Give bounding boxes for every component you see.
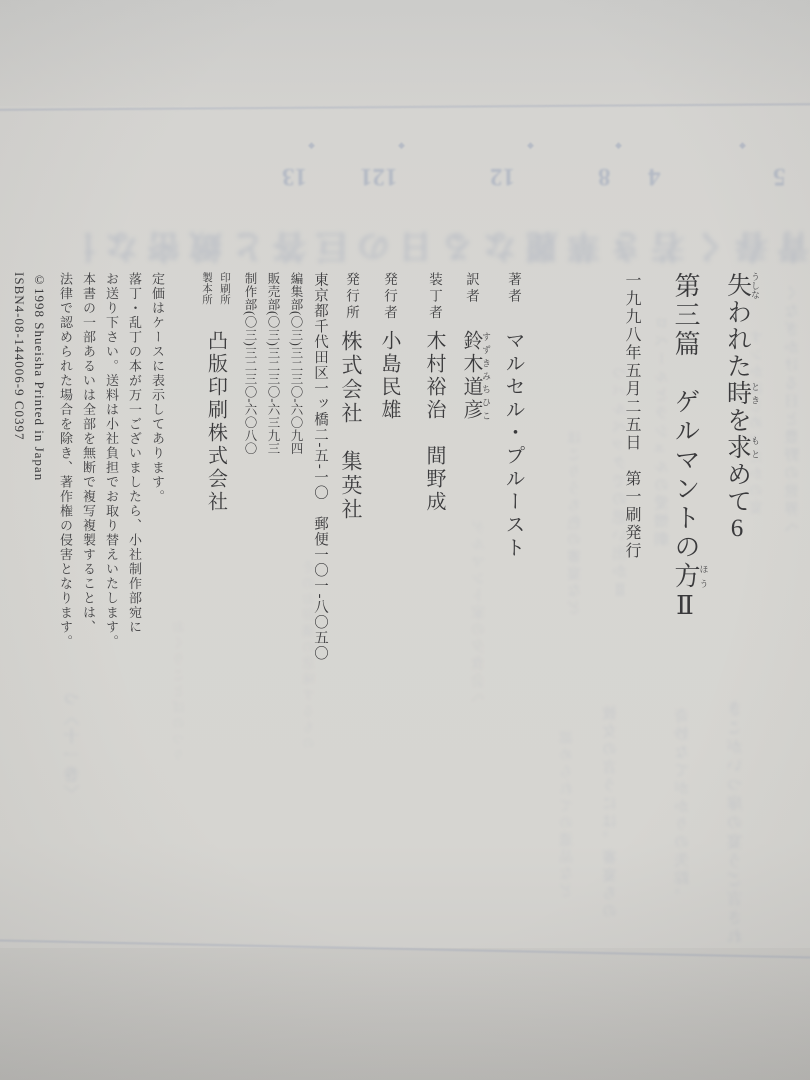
printer-label: 印刷所 <box>217 272 232 305</box>
copyright-line: ©1998 Shueisha Printed in Japan <box>31 272 47 702</box>
volume-subtitle: 第三篇 ゲルマントの方ほうⅡ <box>667 272 709 702</box>
showthrough-text-column: 認められての遺品など <box>558 730 578 900</box>
notice-copyright-1: 本書の一部あるいは全部を無断で複写複製することは、 <box>79 272 98 702</box>
credit-designer-name: 木村裕治 間野成 <box>423 330 445 514</box>
book-title: 失うしなわれた時ときを求もとめて6 <box>719 272 761 702</box>
showthrough-text-column: くなぎかける日と豊野の世界ヘ <box>782 285 803 537</box>
showthrough-page-number: 12 <box>490 162 515 190</box>
page-top-shading <box>0 0 810 106</box>
notice-copyright-2: 法律で認められた場合を除き、著作権の侵害となります。 <box>56 272 75 702</box>
credit-issuer-name: 小島民雄 <box>378 330 400 422</box>
credit-translator-role: 訳者 <box>461 272 481 330</box>
notice-price: 定価はケースに表示してあります。 <box>148 272 167 702</box>
credit-author: 著者マルセル・プルースト <box>499 272 528 702</box>
credit-translator-name: 鈴木道彦すずきみちひこ <box>460 330 482 422</box>
phone-editorial: 編集部(〇三)三二三〇-六〇九四 <box>287 272 305 702</box>
binder-label: 製本所 <box>199 272 214 305</box>
credit-author-role: 著者 <box>503 272 523 330</box>
showthrough-page-number: 4 <box>648 162 661 190</box>
notice-defective-copies-2: お送り下さい。送料は小社負担でお取り替えいたします。 <box>102 272 121 702</box>
showthrough-toc-mark: ◆ <box>615 140 622 151</box>
page-bottom-shading <box>0 948 810 1080</box>
printer-binder: 印刷所製本所凸版印刷株式会社 <box>199 272 232 702</box>
credit-publisher-name: 株式会社 集英社 <box>339 330 363 522</box>
phone-sales: 販売部(〇三)三二三〇-六三九三 <box>264 272 282 702</box>
credit-translator: 訳者鈴木道彦すずきみちひこ <box>457 272 491 702</box>
showthrough-page-number: 13 <box>282 162 307 190</box>
credit-publisher-role: 発行所 <box>341 272 361 330</box>
publisher-address: 東京都千代田区一ッ橋二-五-一〇 郵便一〇一-八〇五〇 <box>310 272 331 702</box>
showthrough-toc-mark: ◆ <box>308 140 315 151</box>
showthrough-toc-mark: ◆ <box>739 140 746 151</box>
isbn-line: ISBN4-08-144006-9 C0397 <box>11 272 27 702</box>
edition-date-line: 一九九八年五月二五日 第一刷発行 <box>620 272 643 702</box>
showthrough-text-column: つ〈十一巻〉 <box>62 690 85 804</box>
showthrough-page-number: 121 <box>360 162 398 190</box>
showthrough-page-number: 5 <box>773 162 786 190</box>
showthrough-text-column: 彼女の言うには。審宴ちの <box>600 705 621 921</box>
credit-author-name: マルセル・プルースト <box>502 330 524 560</box>
credit-issuer: 発行者小島民雄 <box>375 272 404 702</box>
showthrough-text-column: きこがいつ扉の宴うご言され <box>725 700 748 947</box>
showthrough-headline: 青春く若き華麗なる日の巨答と緻密な世界く続 <box>85 210 810 272</box>
notice-defective-copies-1: 落丁・乱丁の本が万一ございましたら、小社制作部宛に <box>125 272 144 702</box>
credit-designer: 装丁者木村裕治 間野成 <box>420 272 449 702</box>
showthrough-text-column: 奇妙なてがかりの失踪。 <box>672 708 693 906</box>
showthrough-toc-mark: ◆ <box>527 140 534 151</box>
credit-designer-role: 装丁者 <box>424 272 444 330</box>
credit-publisher: 発行所株式会社 集英社 <box>336 272 366 702</box>
credit-issuer-role: 発行者 <box>379 272 399 330</box>
colophon-block: 失うしなわれた時ときを求もとめて6 第三篇 ゲルマントの方ほうⅡ 一九九八年五月… <box>30 272 760 702</box>
printer-company-name: 凸版印刷株式会社 <box>205 330 227 514</box>
printer-binder-labels: 印刷所製本所 <box>199 272 232 330</box>
showthrough-toc-mark: ◆ <box>398 140 405 151</box>
phone-production: 制作部(〇三)三二三〇-六〇八〇 <box>241 272 259 702</box>
showthrough-page-number: 8 <box>598 162 611 190</box>
book-colophon-page: 青春く若き華麗なる日の巨答と緻密な世界く続◆◆◆◆◆1312112845くなぎか… <box>0 0 810 1080</box>
